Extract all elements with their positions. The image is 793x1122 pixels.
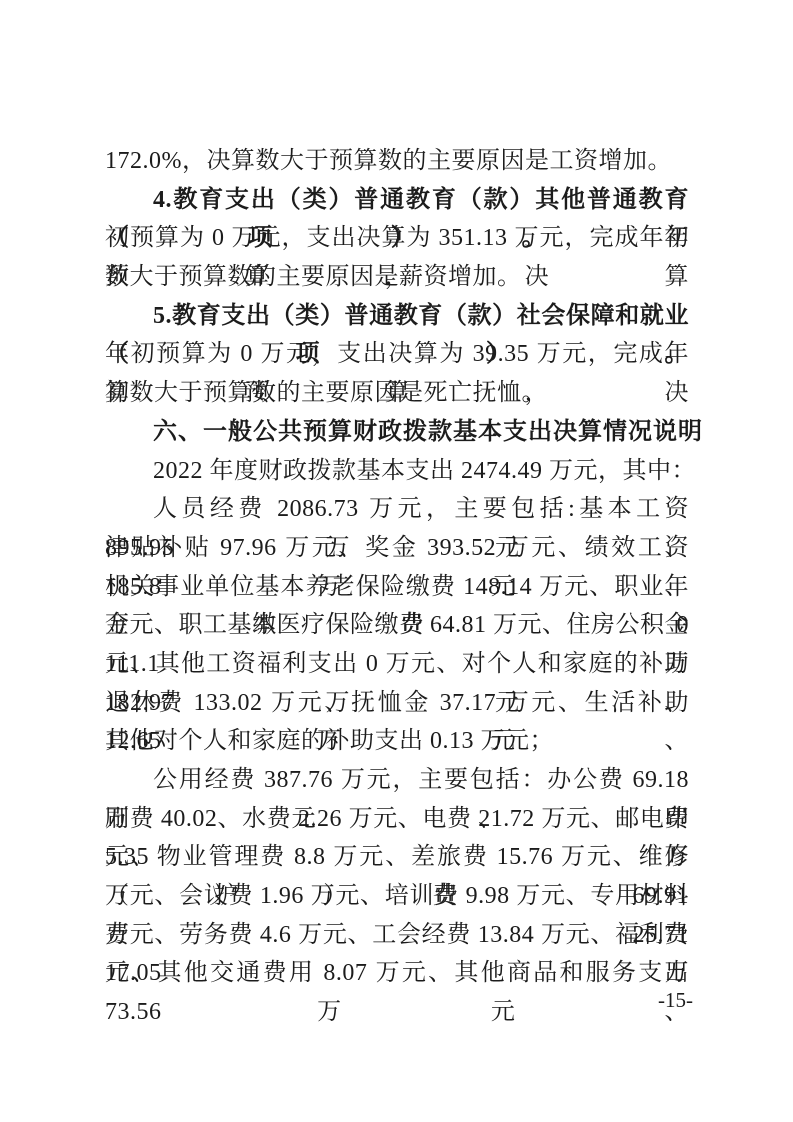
- text-line: 元、其他交通费用 8.07 万元、其他商品和服务支出 73.56 万元、: [105, 954, 689, 993]
- text-line: 万元、职工基本医疗保险缴费 64.81 万元、住房公积金 111.1 万: [105, 606, 689, 645]
- body-text: 数大于预算数的主要原因是薪资增加。: [105, 264, 522, 290]
- text-line: 退休费 133.02 万元、抚恤金 37.17 万元、生活补助 12.65 万元…: [105, 684, 689, 723]
- section-heading: 六、一般公共预算财政拨款基本支出决算情况说明: [105, 413, 689, 452]
- body-text: 其他对个人和家庭的补助支出 0.13 万元；: [105, 728, 554, 754]
- document-page: 172.0%，决算数大于预算数的主要原因是工资增加。 4.教育支出（类）普通教育…: [0, 0, 793, 1122]
- section-heading-text: 六、一般公共预算财政拨款基本支出决算情况说明: [153, 418, 703, 445]
- page-number: -15-: [658, 988, 693, 1013]
- text-line: 4.教育支出（类）普通教育（款）其他普通教育（项）。年: [105, 181, 689, 220]
- body-text: 算数大于预算数的主要原因是死亡抚恤。: [105, 380, 546, 406]
- text-line: 初预算为 0 万元，支出决算为 351.13 万元，完成年初预算，决算: [105, 219, 689, 258]
- text-line: 元、其他工资福利支出 0 万元、对个人和家庭的补助 182.97 万元、: [105, 645, 689, 684]
- text-line: 公用经费 387.76 万元，主要包括：办公费 69.18 万元、印: [105, 761, 689, 800]
- text-line: 刷费 40.02、水费 2.26 万元、电费 21.72 万元、邮电费 5.35…: [105, 800, 689, 839]
- body-text: 172.0%，决算数大于预算数的主要原因是工资增加。: [105, 148, 672, 174]
- text-line: 年初预算为 0 万元，支出决算为 39.35 万元，完成年初预算，决: [105, 335, 689, 374]
- text-line: 2022 年度财政拨款基本支出 2474.49 万元，其中：: [105, 452, 689, 491]
- document-body: 172.0%，决算数大于预算数的主要原因是工资增加。 4.教育支出（类）普通教育…: [105, 142, 689, 993]
- text-line: 元、物业管理费 8.8 万元、差旅费 15.76 万元、维修（护）费 69.91: [105, 838, 689, 877]
- text-line: 172.0%，决算数大于预算数的主要原因是工资增加。: [105, 142, 689, 181]
- text-line: 津贴补贴 97.96 万元、奖金 393.52 万元、绩效工资 185.8 万元…: [105, 529, 689, 568]
- text-line: 人员经费 2086.73 万元，主要包括:基本工资 895.95 万元、: [105, 490, 689, 529]
- body-text: 2022 年度财政拨款基本支出 2474.49 万元，其中：: [153, 458, 696, 484]
- text-line: 万元、劳务费 4.6 万元、工会经费 13.84 万元、福利费 17.05 万: [105, 916, 689, 955]
- text-line: 万元、会议费 1.96 万元、培训费 9.98 万元、专用材料费 25.71: [105, 877, 689, 916]
- text-line: 5.教育支出（类）普通教育（款）社会保障和就业（项）。: [105, 297, 689, 336]
- text-line: 机关事业单位基本养老保险缴费 148.14 万元、职业年金缴费 0: [105, 568, 689, 607]
- body-text: 元、其他交通费用 8.07 万元、其他商品和服务支出 73.56 万元、: [105, 960, 689, 1025]
